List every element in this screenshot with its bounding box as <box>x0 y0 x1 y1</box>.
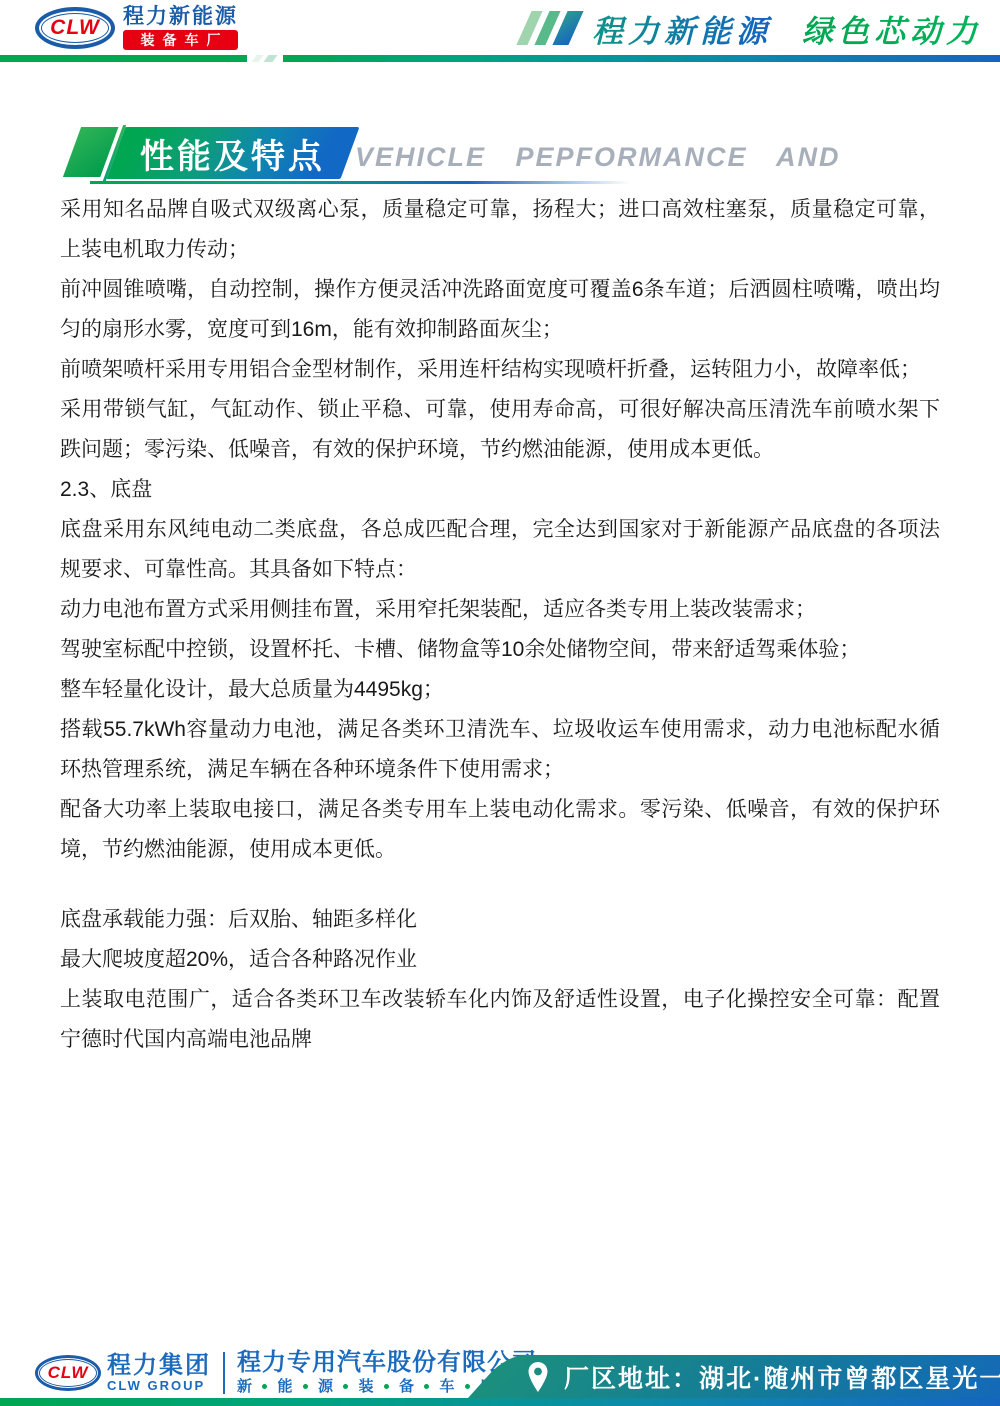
header-slogan: 程力新能源 绿色芯动力 <box>524 8 982 48</box>
address-bar-content: 厂区地址：湖北·随州市曾都区星光一路 <box>468 1355 1000 1398</box>
body-paragraph: 底盘采用东风纯电动二类底盘，各总成匹配合理，完全达到国家对于新能源产品底盘的各项… <box>60 510 940 590</box>
logo-text-block: 程力新能源 装备车厂 <box>123 6 238 50</box>
footer-group-name: 程力集团 <box>107 1353 211 1378</box>
clw-oval-logo-footer: CLW <box>35 1355 101 1391</box>
body-paragraph: 配备大功率上装取电接口，满足各类专用车上装电动化需求。零污染、低噪音，有效的保护… <box>60 790 940 870</box>
body-paragraph: 采用带锁气缸，气缸动作、锁止平稳、可靠，使用寿命高，可很好解决高压清洗车前喷水架… <box>60 390 940 470</box>
body-paragraph: 底盘承载能力强：后双胎、轴距多样化 <box>60 900 940 940</box>
header-divider-left <box>0 55 247 62</box>
company-logo: CLW 程力新能源 装备车厂 <box>35 6 238 50</box>
address-bar: 厂区地址：湖北·随州市曾都区星光一路 <box>468 1355 1000 1398</box>
footer-company-block: CLW 程力集团 CLW GROUP 程力专用汽车股份有限公司 新能源装备车厂 <box>35 1350 537 1395</box>
location-pin-icon <box>526 1362 550 1392</box>
separator-dot <box>343 1384 348 1389</box>
clw-logo-text-footer: CLW <box>48 1363 89 1383</box>
body-paragraph: 最大爬坡度超20%，适合各种路况作业 <box>60 940 940 980</box>
separator-dot <box>424 1384 429 1389</box>
title-badge: 性能及特点 <box>106 127 360 179</box>
body-paragraph: 搭载55.7kWh容量动力电池，满足各类环卫清洗车、垃圾收运车使用需求，动力电池… <box>60 710 940 790</box>
section-title-zh: 性能及特点 <box>140 129 325 178</box>
body-paragraph: 动力电池布置方式采用侧挂布置，采用窄托架装配，适应各类专用上装改装需求； <box>60 590 940 630</box>
divider-gap-mark <box>264 55 278 62</box>
clw-oval-logo: CLW <box>35 7 115 49</box>
body-paragraph: 2.3、底盘 <box>60 470 940 510</box>
separator-dot <box>262 1384 267 1389</box>
footer-group-block: 程力集团 CLW GROUP <box>107 1353 211 1393</box>
body-paragraph <box>60 870 940 900</box>
body-paragraph: 前冲圆锥喷嘴，自动控制，操作方便灵活冲洗路面宽度可覆盖6条车道；后洒圆柱喷嘴，喷… <box>60 270 940 350</box>
body-paragraph: 整车轻量化设计，最大总质量为4495kg； <box>60 670 940 710</box>
page-footer: CLW 程力集团 CLW GROUP 程力专用汽车股份有限公司 新能源装备车厂 … <box>0 1340 1000 1406</box>
header-divider-right <box>283 55 1000 62</box>
logo-title: 程力新能源 <box>123 6 238 28</box>
divider-gap-mark <box>252 55 264 62</box>
body-paragraph: 前喷架喷杆采用专用铝合金型材制作，采用连杆结构实现喷杆折叠，运转阻力小，故障率低… <box>60 350 940 390</box>
body-paragraph: 采用知名品牌自吸式双级离心泵，质量稳定可靠，扬程大；进口高效柱塞泵，质量稳定可靠… <box>60 190 940 270</box>
separator-dot <box>384 1384 389 1389</box>
footer-vertical-divider <box>223 1352 225 1394</box>
separator-dot <box>303 1384 308 1389</box>
bottom-gradient-strip <box>0 1398 1000 1406</box>
body-paragraph: 上装取电范围广，适合各类环卫车改装轿车化内饰及舒适性设置，电子化操控安全可靠：配… <box>60 980 940 1060</box>
clw-logo-text: CLW <box>50 16 100 40</box>
logo-subtitle-badge: 装备车厂 <box>123 30 238 50</box>
body-paragraph: 驾驶室标配中控锁，设置杯托、卡槽、储物盒等10余处储物空间，带来舒适驾乘体验； <box>60 630 940 670</box>
slogan-tagline: 绿色芯动力 <box>802 6 982 51</box>
body-text: 采用知名品牌自吸式双级离心泵，质量稳定可靠，扬程大；进口高效柱塞泵，质量稳定可靠… <box>60 190 940 1060</box>
footer-group-name-en: CLW GROUP <box>107 1378 211 1393</box>
brochure-page: CLW 程力新能源 装备车厂 程力新能源 绿色芯动力 性能及特点 VEHICLE… <box>0 0 1000 1406</box>
footer-division-name: 新能源装备车厂 <box>237 1378 495 1395</box>
factory-address: 厂区地址：湖北·随州市曾都区星光一路 <box>564 1359 1000 1395</box>
slogan-brand: 程力新能源 <box>592 6 772 51</box>
page-header: CLW 程力新能源 装备车厂 程力新能源 绿色芯动力 <box>0 0 1000 62</box>
title-underline <box>90 181 630 184</box>
section-title-en: VEHICLE PEPFORMANCE AND <box>355 142 841 173</box>
section-title-block: 性能及特点 VEHICLE PEPFORMANCE AND <box>60 125 940 190</box>
